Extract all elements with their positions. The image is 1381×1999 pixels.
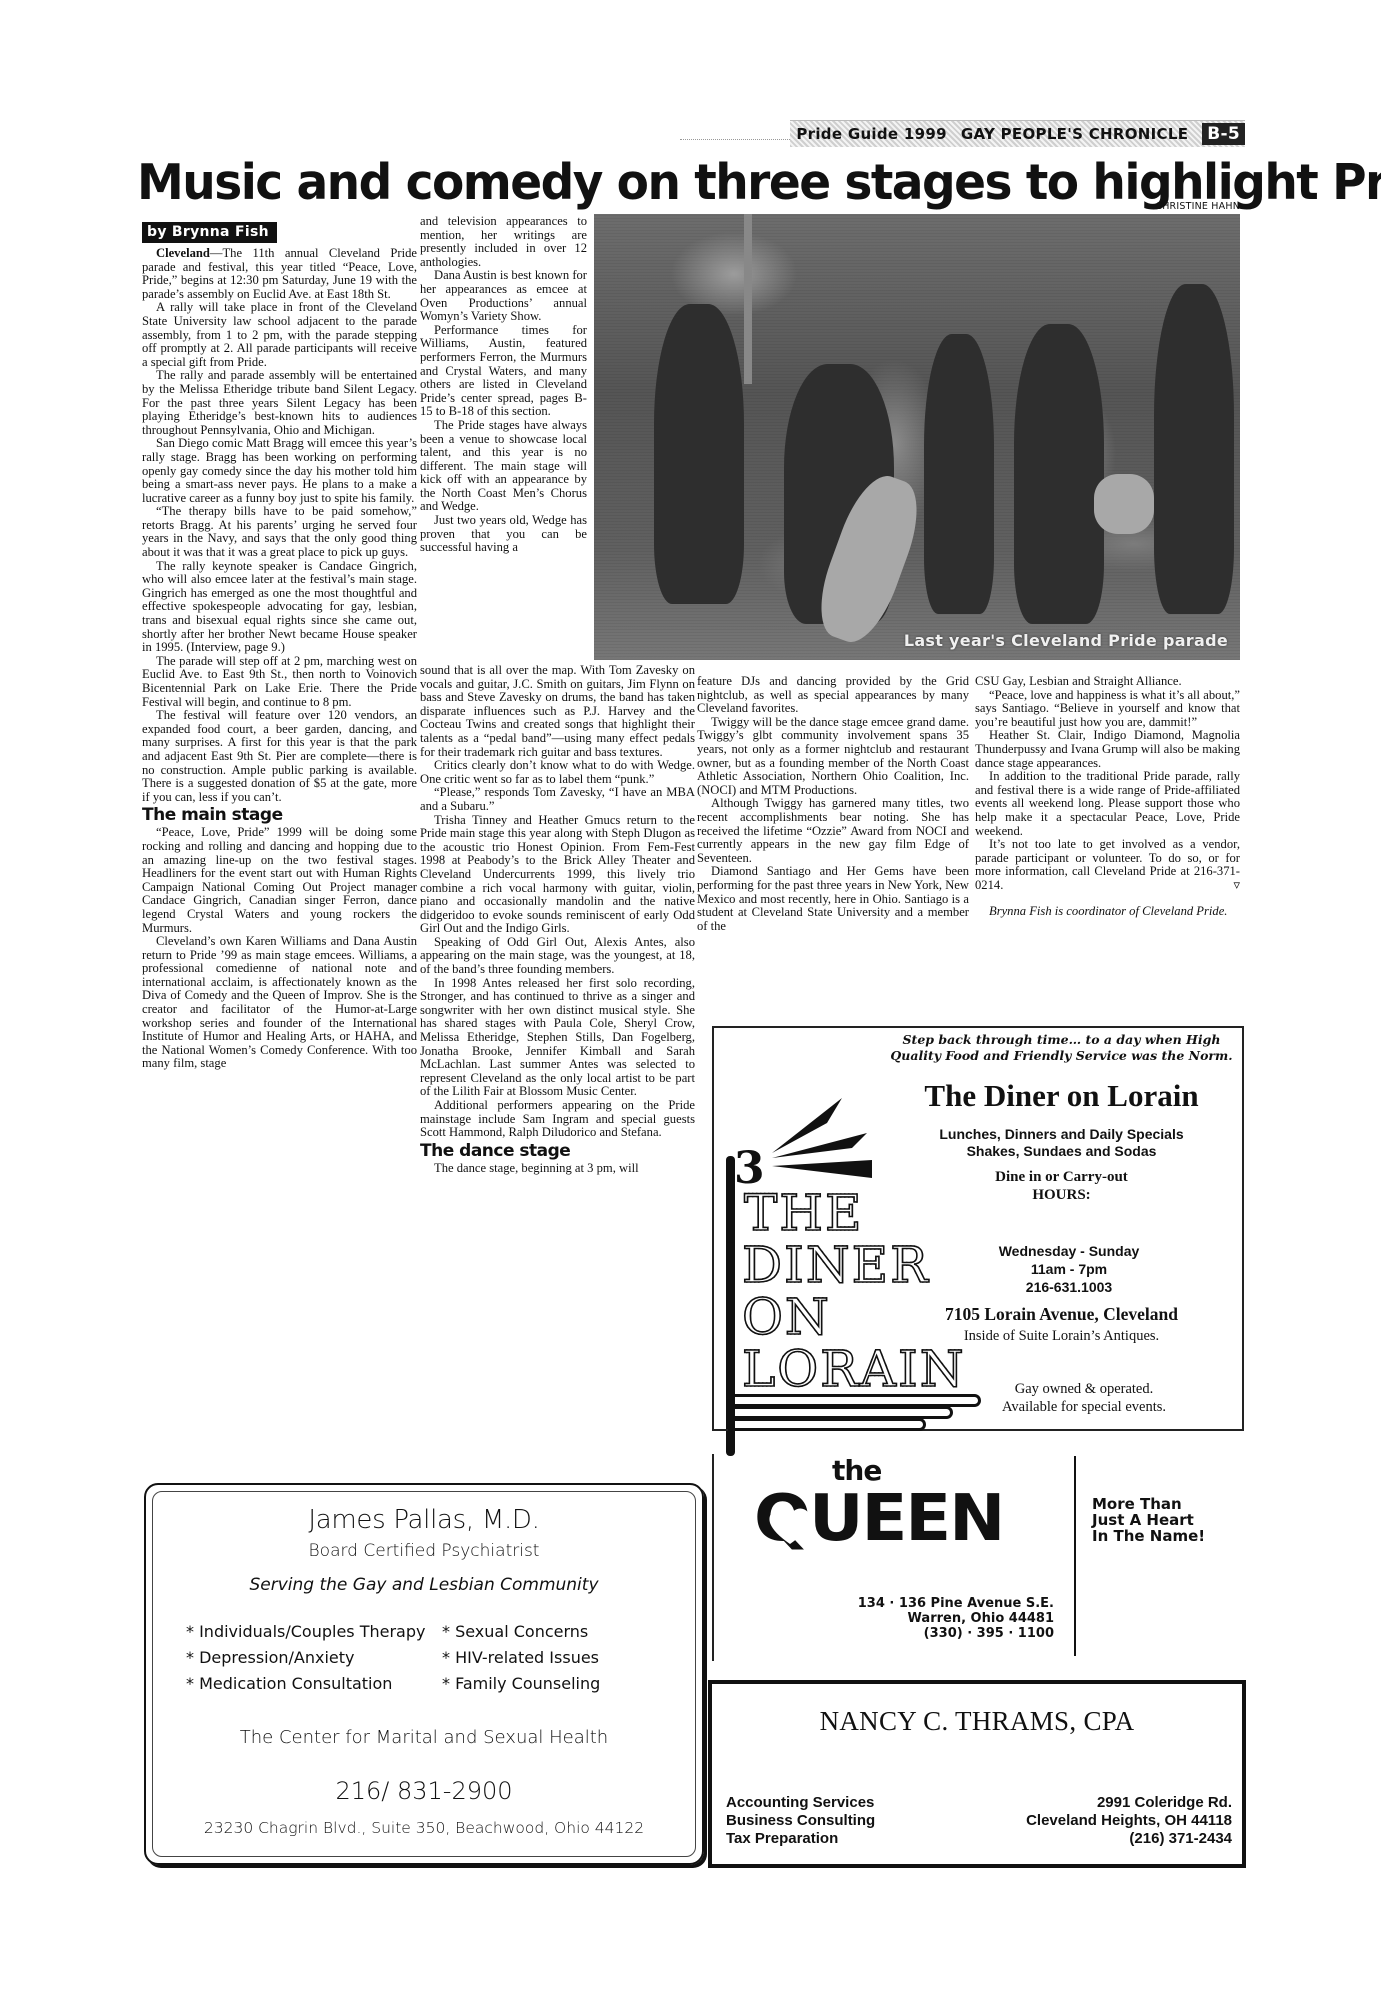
ad-days: Wednesday - Sunday [944,1242,1194,1260]
paragraph: The rally and parade assembly will be en… [142,369,417,437]
paragraph: In addition to the traditional Pride par… [975,770,1240,838]
ad-hours-label: HOURS: [884,1186,1239,1204]
practice-name: The Center for Marital and Sexual Health [146,1727,702,1748]
service-item: Tax Preparation [726,1830,875,1848]
service-item: * HIV-related Issues [442,1645,600,1671]
paragraph: It’s not too late to get involved as a v… [975,838,1240,892]
rule-divider [680,139,790,140]
paragraph: The festival will feature over 120 vendo… [142,709,417,804]
page-number: B-5 [1202,123,1245,145]
ad-footer: Gay owned & operated. Available for spec… [934,1380,1234,1416]
publication-name: GAY PEOPLE'S CHRONICLE [961,125,1188,143]
services-left: * Individuals/Couples Therapy * Depressi… [186,1619,425,1697]
speed-line [728,1418,926,1431]
paragraph: The parade will step off at 2 pm, marchi… [142,655,417,709]
logo-word-on: ON [742,1290,831,1344]
service-item: Accounting Services [726,1794,875,1812]
ad-dine: Dine in or Carry-out [884,1168,1239,1186]
paragraph: and television appearances to mention, h… [420,215,587,269]
paragraph: Cleveland’s own Karen Williams and Dana … [142,935,417,1071]
paragraph: A rally will take place in front of the … [142,301,417,369]
logo-word-diner: DINER [742,1238,930,1292]
author-note: Brynna Fish is coordinator of Cleveland … [975,905,1240,919]
paragraph: “Peace, love and happiness is what it’s … [975,689,1240,730]
end-mark-icon: ▿ [1219,879,1240,893]
paragraph: “Please,” responds Tom Zavesky, “I have … [420,786,695,813]
heart-icon [764,1504,816,1548]
parade-photo: Last year's Cleveland Pride parade [594,214,1240,660]
service-item: Business Consulting [726,1812,875,1830]
ad-nancy-thrams-cpa: NANCY C. THRAMS, CPA Accounting Services… [708,1680,1246,1868]
address-line: Warren, Ohio 44481 [814,1611,1054,1626]
queen-address: 134 · 136 Pine Avenue S.E. Warren, Ohio … [814,1596,1054,1641]
paragraph: Trisha Tinney and Heather Gmucs return t… [420,814,695,936]
ad-events: Available for special events. [934,1398,1234,1416]
paragraph: In 1998 Antes released her first solo re… [420,977,695,1099]
service-item: * Sexual Concerns [442,1619,600,1645]
running-head: Pride Guide 1999 GAY PEOPLE'S CHRONICLE … [790,120,1245,147]
subhead-dance-stage: The dance stage [420,1140,695,1162]
paragraph: “The therapy bills have to be paid someh… [142,505,417,559]
ad-diner-on-lorain-lower: DINER ON LORAIN Wednesday - Sunday 11am … [712,1244,1244,1431]
ad-dine-info: Dine in or Carry-out HOURS: [884,1168,1239,1204]
paragraph: The dance stage, beginning at 3 pm, will [420,1162,695,1176]
photo-credit: CHRISTINE HAHN [1060,201,1240,212]
photo-figure [924,334,994,614]
ad-offers: Lunches, Dinners and Daily Specials Shak… [884,1126,1239,1160]
address-line: 134 · 136 Pine Avenue S.E. [814,1596,1054,1611]
photo-drum [1094,474,1154,534]
byline: by Brynna Fish [142,222,277,243]
svg-text:3: 3 [734,1143,765,1188]
lamp-post [726,1242,735,1400]
paragraph: Performance times for Williams, Austin, … [420,324,587,419]
ad-james-pallas: James Pallas, M.D. Board Certified Psych… [144,1483,704,1865]
services-right: * Sexual Concerns * HIV-related Issues *… [442,1619,600,1697]
lamp-icon: 3 [732,1078,882,1188]
paragraph: Speaking of Odd Girl Out, Alexis Antes, … [420,936,695,977]
phone-line: (216) 371-2434 [1026,1830,1232,1848]
dateline: Cleveland [156,246,210,260]
address-line: 2991 Coleridge Rd. [1026,1794,1232,1812]
paragraph-text: It’s not too late to get involved as a v… [975,837,1240,892]
motto-line: More Than [1092,1496,1205,1512]
paragraph: Heather St. Clair, Indigo Diamond, Magno… [975,729,1240,770]
service-item: * Medication Consultation [186,1671,425,1697]
logo-word-lorain: LORAIN [742,1342,965,1396]
practice-address: 23230 Chagrin Blvd., Suite 350, Beachwoo… [146,1819,702,1837]
photo-figure [1014,324,1104,624]
paragraph: Although Twiggy has garnered many titles… [697,797,969,865]
ad-address: 7105 Lorain Avenue, Cleveland [884,1304,1239,1325]
vertical-divider [1074,1456,1076,1656]
article-column-2: and television appearances to mention, h… [420,215,587,555]
photo-figure [654,304,744,604]
paragraph: Diamond Santiago and Her Gems have been … [697,865,969,933]
cpa-name: NANCY C. THRAMS, CPA [712,1706,1242,1737]
doctor-title: Board Certified Psychiatrist [146,1541,702,1561]
paragraph: The rally keynote speaker is Candace Gin… [142,560,417,655]
paragraph: “Peace, Love, Pride” 1999 will be doing … [142,826,417,935]
cpa-address: 2991 Coleridge Rd. Cleveland Heights, OH… [1026,1794,1232,1848]
motto-line: Just A Heart [1092,1512,1205,1528]
service-item: * Family Counseling [442,1671,600,1697]
ad-hours: Wednesday - Sunday 11am - 7pm 216-631.10… [944,1242,1194,1296]
motto-line: In The Name! [1092,1528,1205,1544]
service-item: * Individuals/Couples Therapy [186,1619,425,1645]
ad-the-queen: the QUEEN More Than Just A Heart In The … [712,1454,1242,1661]
article-column-3: feature DJs and dancing provided by the … [697,675,969,933]
ad-owned: Gay owned & operated. [934,1380,1234,1398]
ad-diner-on-lorain: Step back through time… to a day when Hi… [712,1026,1244,1246]
logo-word-the: THE [744,1186,863,1240]
cpa-services: Accounting Services Business Consulting … [726,1794,875,1848]
subhead-main-stage: The main stage [142,804,417,826]
paragraph: Twiggy will be the dance stage emcee gra… [697,716,969,798]
ad-offer: Lunches, Dinners and Daily Specials [884,1126,1239,1143]
section-title: Pride Guide 1999 [796,125,946,143]
doctor-name: James Pallas, M.D. [146,1505,702,1535]
article-column-1: Cleveland—The 11th annual Cleveland Prid… [142,247,417,1071]
article-headline: Music and comedy on three stages to high… [137,155,1203,211]
queen-motto: More Than Just A Heart In The Name! [1092,1496,1205,1544]
paragraph: Cleveland—The 11th annual Cleveland Prid… [142,247,417,301]
service-item: * Depression/Anxiety [186,1645,425,1671]
paragraph: The Pride stages have always been a venu… [420,419,587,514]
paragraph: feature DJs and dancing provided by the … [697,675,969,716]
address-line: Cleveland Heights, OH 44118 [1026,1812,1232,1830]
article-column-4: CSU Gay, Lesbian and Straight Alliance. … [975,675,1240,918]
photo-figure [1154,284,1234,614]
photo-pole [744,214,752,384]
paragraph: sound that is all over the map. With Tom… [420,664,695,759]
ad-offer: Shakes, Sundaes and Sodas [884,1143,1239,1160]
article-column-2-continued: sound that is all over the map. With Tom… [420,664,695,1175]
ad-phone: 216-631.1003 [944,1278,1194,1296]
practice-phone: 216/ 831-2900 [146,1777,702,1805]
paragraph: Dana Austin is best known for her appear… [420,269,587,323]
paragraph: CSU Gay, Lesbian and Straight Alliance. [975,675,1240,689]
ad-times: 11am - 7pm [944,1260,1194,1278]
phone-line: (330) · 395 · 1100 [814,1626,1054,1641]
photo-caption: Last year's Cleveland Pride parade [904,631,1228,650]
ad-business-name: The Diner on Lorain [884,1078,1239,1114]
ad-location-note: Inside of Suite Lorain’s Antiques. [884,1328,1239,1345]
doctor-tagline: Serving the Gay and Lesbian Community [146,1575,702,1595]
ad-tagline: Step back through time… to a day when Hi… [884,1032,1239,1064]
paragraph: San Diego comic Matt Bragg will emcee th… [142,437,417,505]
paragraph: Additional performers appearing on the P… [420,1099,695,1140]
paragraph: Just two years old, Wedge has proven tha… [420,514,587,555]
paragraph: Critics clearly don’t know what to do wi… [420,759,695,786]
dateline-dash: — [210,246,223,260]
